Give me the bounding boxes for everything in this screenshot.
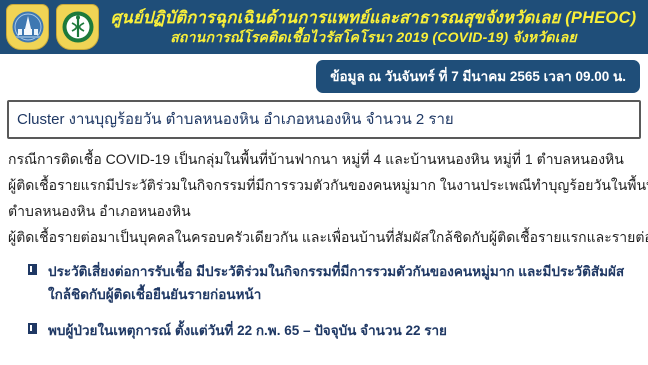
description-line: ตำบลหนองหิน อำเภอหนองหิน bbox=[8, 198, 640, 224]
header-banner: ศูนย์ปฏิบัติการฉุกเฉินด้านการแพทย์และสาธ… bbox=[0, 0, 648, 54]
page-title: ศูนย์ปฏิบัติการฉุกเฉินด้านการแพทย์และสาธ… bbox=[111, 8, 637, 29]
cluster-title-box: Cluster งานบุญร้อยวัน ตำบลหนองหิน อำเภอห… bbox=[7, 100, 641, 139]
loei-province-seal-logo bbox=[6, 4, 49, 50]
checkbox-square-icon bbox=[28, 264, 37, 275]
key-points-list: ประวัติเสี่ยงต่อการรับเชื้อ มีประวัติร่ว… bbox=[0, 250, 648, 342]
loei-province-seal-icon bbox=[12, 11, 44, 43]
header-titles: ศูนย์ปฏิบัติการฉุกเฉินด้านการแพทย์และสาธ… bbox=[107, 8, 640, 46]
description-line: ผู้ติดเชื้อรายต่อมาเป็นบุคคลในครอบครัวเด… bbox=[8, 224, 640, 250]
slide: ศูนย์ปฏิบัติการฉุกเฉินด้านการแพทย์และสาธ… bbox=[0, 0, 648, 365]
cluster-title: Cluster งานบุญร้อยวัน ตำบลหนองหิน อำเภอห… bbox=[17, 111, 454, 128]
description-line: ผู้ติดเชื้อรายแรกมีประวัติร่วมในกิจกรรมท… bbox=[8, 172, 640, 198]
case-description: กรณีการติดเชื้อ COVID-19 เป็นกลุ่มในพื้น… bbox=[0, 139, 648, 250]
description-line: กรณีการติดเชื้อ COVID-19 เป็นกลุ่มในพื้น… bbox=[8, 146, 640, 172]
date-row: ข้อมูล ณ วันจันทร์ ที่ 7 มีนาคม 2565 เวล… bbox=[0, 54, 648, 93]
list-item: ประวัติเสี่ยงต่อการรับเชื้อ มีประวัติร่ว… bbox=[28, 260, 634, 306]
bullet-case-count: พบผู้ป่วยในเหตุการณ์ ตั้งแต่วันที่ 22 ก.… bbox=[48, 319, 447, 342]
public-health-caduceus-icon bbox=[62, 11, 94, 43]
list-item: พบผู้ป่วยในเหตุการณ์ ตั้งแต่วันที่ 22 ก.… bbox=[28, 319, 634, 342]
bullet-risk-history: ประวัติเสี่ยงต่อการรับเชื้อ มีประวัติร่ว… bbox=[48, 260, 634, 306]
data-as-of-badge: ข้อมูล ณ วันจันทร์ ที่ 7 มีนาคม 2565 เวล… bbox=[316, 60, 640, 93]
page-subtitle: สถานการณ์โรคติดเชื้อไวรัสโคโรนา 2019 (CO… bbox=[170, 29, 577, 47]
logo-group bbox=[6, 4, 99, 50]
public-health-seal-logo bbox=[56, 4, 99, 50]
checkbox-square-icon bbox=[28, 323, 37, 334]
